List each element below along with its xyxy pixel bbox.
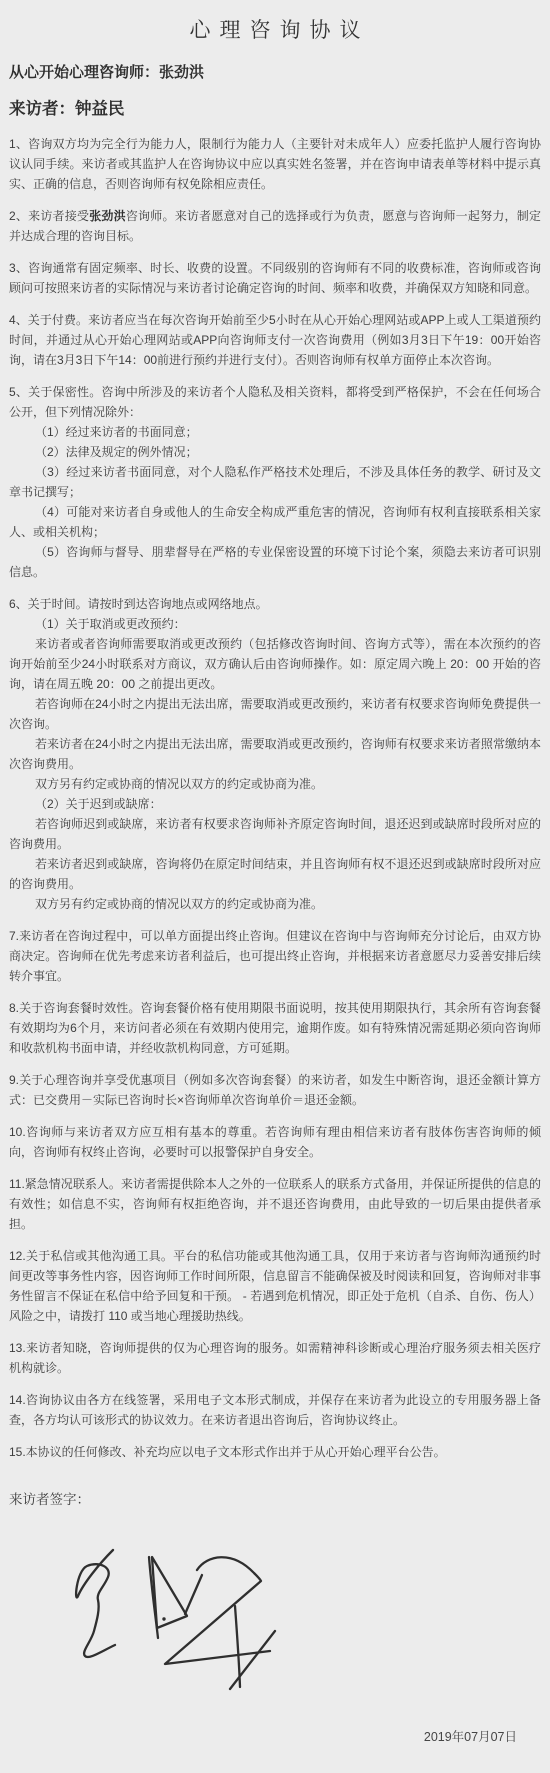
page-title: 心理咨询协议 — [9, 14, 541, 44]
clause-15: 15.本协议的任何修改、补充均应以电子文本形式作出并于从心开始心理平台公告。 — [9, 1442, 541, 1462]
clause-8: 8.关于咨询套餐时效性。咨询套餐价格有使用期限书面说明，按其使用期限执行，其余所… — [9, 998, 541, 1058]
clause-text: 1、咨询双方均为完全行为能力人，限制行为能力人（主要针对未成年人）应委托监护人履… — [9, 134, 541, 194]
signature-label: 来访者签字： — [9, 1488, 541, 1508]
clause-text: 8.关于咨询套餐时效性。咨询套餐价格有使用期限书面说明，按其使用期限执行，其余所… — [9, 998, 541, 1058]
clause-text: 2、来访者接受张劲洪咨询师。来访者愿意对自己的选择或行为负责，愿意与咨询师一起努… — [9, 206, 541, 246]
clause-5-sub-item-1: （1）经过来访者的书面同意； — [9, 422, 541, 442]
clause-text: 7.来访者在咨询过程中，可以单方面提出终止咨询。但建议在咨询中与咨询师充分讨论后… — [9, 926, 541, 986]
clause-5-sub-item-2: （2）法律及规定的例外情况； — [9, 442, 541, 462]
clause-text: 11.紧急情况联系人。来访者需提供除本人之外的一位联系人的联系方式备用，并保证所… — [9, 1174, 541, 1234]
clause-6-sub-item-4: 若来访者在24小时之内提出无法出席，需要取消或更改预约，咨询师有权要求来访者照常… — [9, 734, 541, 774]
clause-text: 10.咨询师与来访者双方应互相有基本的尊重。若咨询师有理由相信来访者有肢体伤害咨… — [9, 1122, 541, 1162]
clause-text: 12.关于私信或其他沟通工具。平台的私信功能或其他沟通工具，仅用于来访者与咨询师… — [9, 1246, 541, 1326]
clause-1: 1、咨询双方均为完全行为能力人，限制行为能力人（主要针对未成年人）应委托监护人履… — [9, 134, 541, 194]
clause-6: 6、关于时间。请按时到达咨询地点或网络地点。 （1）关于取消或更改预约： 来访者… — [9, 594, 541, 914]
clause-2: 2、来访者接受张劲洪咨询师。来访者愿意对自己的选择或行为负责，愿意与咨询师一起努… — [9, 206, 541, 246]
clause-text: 13.来访者知晓，咨询师提供的仅为心理咨询的服务。如需精神科诊断或心理治疗服务须… — [9, 1338, 541, 1378]
counselor-label: 从心开始心理咨询师： — [9, 64, 159, 81]
clause-5-sub-item-5: （5）咨询师与督导、朋辈督导在严格的专业保密设置的环境下讨论个案，须隐去来访者可… — [9, 542, 541, 582]
clause-5: 5、关于保密性。咨询中所涉及的来访者个人隐私及相关资料，都将受到严格保护，不会在… — [9, 382, 541, 582]
clause-5-sub-item-4: （4）可能对来访者自身或他人的生命安全构成严重危害的情况，咨询师有权利直接联系相… — [9, 502, 541, 542]
clause-text: 9.关于心理咨询并享受优惠项目（例如多次咨询套餐）的来访者，如发生中断咨询，退还… — [9, 1070, 541, 1110]
clause-10: 10.咨询师与来访者双方应互相有基本的尊重。若咨询师有理由相信来访者有肢体伤害咨… — [9, 1122, 541, 1162]
clause-4: 4、关于付费。来访者应当在每次咨询开始前至少5小时在从心开始心理网站或APP上或… — [9, 310, 541, 370]
visitor-line: 来访者：钟益民 — [9, 95, 541, 119]
clause-6-sub-item-5: 双方另有约定或协商的情况以双方的约定或协商为准。 — [9, 774, 541, 794]
clauses-body: 1、咨询双方均为完全行为能力人，限制行为能力人（主要针对未成年人）应委托监护人履… — [9, 134, 541, 1462]
counselor-name: 张劲洪 — [159, 64, 204, 81]
clause-3: 3、咨询通常有固定频率、时长、收费的设置。不同级别的咨询师有不同的收费标准，咨询… — [9, 258, 541, 298]
clause-text: 3、咨询通常有固定频率、时长、收费的设置。不同级别的咨询师有不同的收费标准，咨询… — [9, 258, 541, 298]
clause-6-sub-item-9: 双方另有约定或协商的情况以双方的约定或协商为准。 — [9, 894, 541, 914]
clause-11: 11.紧急情况联系人。来访者需提供除本人之外的一位联系人的联系方式备用，并保证所… — [9, 1174, 541, 1234]
clause-text: 14.咨询协议由各方在线签署，采用电子文本形式制成，并保存在来访者为此设立的专用… — [9, 1390, 541, 1430]
counselor-line: 从心开始心理咨询师：张劲洪 — [9, 61, 541, 82]
clause-7: 7.来访者在咨询过程中，可以单方面提出终止咨询。但建议在咨询中与咨询师充分讨论后… — [9, 926, 541, 986]
clause-2-counselor-name: 张劲洪 — [89, 209, 126, 223]
clause-6-sub-item-8: 若来访者迟到或缺席，咨询将仍在原定时间结束，并且咨询师有权不退还迟到或缺席时段所… — [9, 854, 541, 894]
clause-text: 15.本协议的任何修改、补充均应以电子文本形式作出并于从心开始心理平台公告。 — [9, 1442, 541, 1462]
clause-6-sub-item-3: 若咨询师在24小时之内提出无法出席，需要取消或更改预约，来访者有权要求咨询师免费… — [9, 694, 541, 734]
clause-text: 5、关于保密性。咨询中所涉及的来访者个人隐私及相关资料，都将受到严格保护，不会在… — [9, 382, 541, 422]
clause-6-sub-item-1: （1）关于取消或更改预约： — [9, 614, 541, 634]
signature-scribble-drawing — [71, 1548, 286, 1703]
clause-13: 13.来访者知晓，咨询师提供的仅为心理咨询的服务。如需精神科诊断或心理治疗服务须… — [9, 1338, 541, 1378]
clause-6-sub-item-7: 若咨询师迟到或缺席，来访者有权要求咨询师补齐原定咨询时间，退还迟到或缺席时段所对… — [9, 814, 541, 854]
visitor-signature — [71, 1548, 541, 1703]
clause-2-prefix: 2、来访者接受 — [9, 209, 89, 223]
clause-12: 12.关于私信或其他沟通工具。平台的私信功能或其他沟通工具，仅用于来访者与咨询师… — [9, 1246, 541, 1326]
clause-6-sub-item-2: 来访者或者咨询师需要取消或更改预约（包括修改咨询时间、咨询方式等），需在本次预约… — [9, 634, 541, 694]
agreement-date: 2019年07月07日 — [9, 1727, 541, 1745]
visitor-label: 来访者： — [9, 100, 75, 118]
agreement-document: 心理咨询协议 从心开始心理咨询师：张劲洪 来访者：钟益民 1、咨询双方均为完全行… — [0, 0, 550, 1745]
clause-text: 4、关于付费。来访者应当在每次咨询开始前至少5小时在从心开始心理网站或APP上或… — [9, 310, 541, 370]
clause-text: 6、关于时间。请按时到达咨询地点或网络地点。 — [9, 594, 541, 614]
visitor-name: 钟益民 — [75, 100, 125, 118]
clause-14: 14.咨询协议由各方在线签署，采用电子文本形式制成，并保存在来访者为此设立的专用… — [9, 1390, 541, 1430]
clause-9: 9.关于心理咨询并享受优惠项目（例如多次咨询套餐）的来访者，如发生中断咨询，退还… — [9, 1070, 541, 1110]
clause-5-sub-item-3: （3）经过来访者书面同意，对个人隐私作严格技术处理后，不涉及具体任务的教学、研讨… — [9, 462, 541, 502]
clause-6-sub-item-6: （2）关于迟到或缺席： — [9, 794, 541, 814]
